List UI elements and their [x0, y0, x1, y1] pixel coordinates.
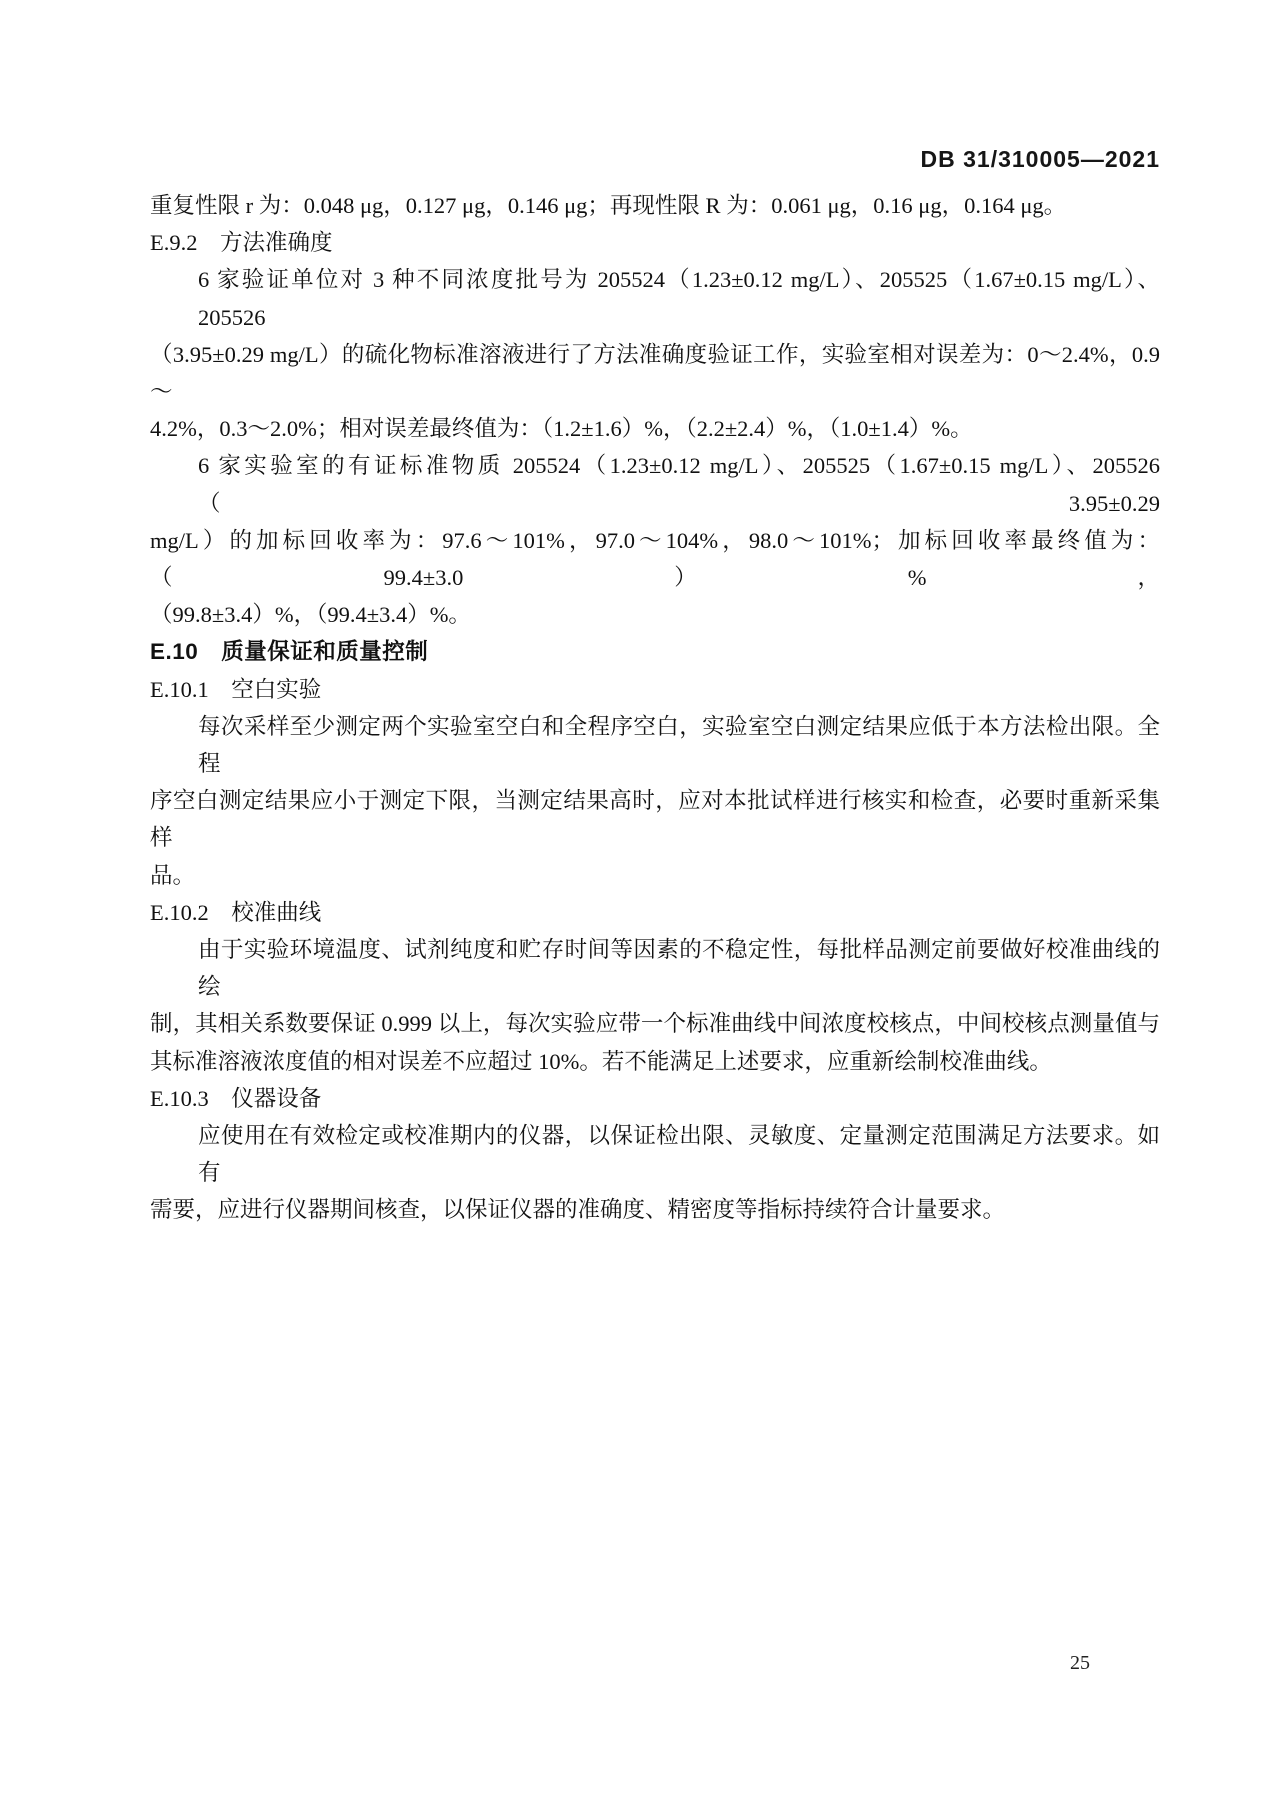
- body-line: 4.2%，0.3～2.0%；相对误差最终值为：（1.2±1.6）%，（2.2±2…: [150, 410, 1160, 447]
- body-line: 由于实验环境温度、试剂纯度和贮存时间等因素的不稳定性，每批样品测定前要做好校准曲…: [150, 931, 1160, 1005]
- standard-number-header: DB 31/310005—2021: [150, 146, 1160, 173]
- body-line: （3.95±0.29 mg/L）的硫化物标准溶液进行了方法准确度验证工作，实验室…: [150, 336, 1160, 410]
- body-line: 应使用在有效检定或校准期内的仪器，以保证检出限、灵敏度、定量测定范围满足方法要求…: [150, 1117, 1160, 1191]
- section-heading-e101: E.10.1 空白实验: [150, 671, 1160, 708]
- body-line: 每次采样至少测定两个实验室空白和全程序空白，实验室空白测定结果应低于本方法检出限…: [150, 708, 1160, 782]
- document-body: 重复性限 r 为：0.048 μg，0.127 μg，0.146 μg；再现性限…: [150, 187, 1160, 1229]
- body-line: 重复性限 r 为：0.048 μg，0.127 μg，0.146 μg；再现性限…: [150, 187, 1160, 224]
- body-line: 需要，应进行仪器期间核查，以保证仪器的准确度、精密度等指标持续符合计量要求。: [150, 1191, 1160, 1228]
- section-heading-e103: E.10.3 仪器设备: [150, 1080, 1160, 1117]
- section-heading-e102: E.10.2 校准曲线: [150, 894, 1160, 931]
- document-page: DB 31/310005—2021 重复性限 r 为：0.048 μg，0.12…: [0, 0, 1280, 1810]
- body-line: （99.8±3.4）%，（99.4±3.4）%。: [150, 596, 1160, 633]
- body-line: 6 家验证单位对 3 种不同浓度批号为 205524（1.23±0.12 mg/…: [150, 261, 1160, 335]
- body-line: 序空白测定结果应小于测定下限，当测定结果高时，应对本批试样进行核实和检查，必要时…: [150, 782, 1160, 856]
- body-line: 品。: [150, 857, 1160, 894]
- body-line: 6 家实验室的有证标准物质 205524（1.23±0.12 mg/L）、205…: [150, 447, 1160, 521]
- page-number: 25: [150, 1652, 1160, 1675]
- section-heading-e92: E.9.2 方法准确度: [150, 224, 1160, 261]
- body-line: 其标准溶液浓度值的相对误差不应超过 10%。若不能满足上述要求，应重新绘制校准曲…: [150, 1043, 1160, 1080]
- body-line: 制，其相关系数要保证 0.999 以上，每次实验应带一个标准曲线中间浓度校核点，…: [150, 1005, 1160, 1042]
- section-heading-e10: E.10 质量保证和质量控制: [150, 633, 1160, 670]
- body-line: mg/L）的加标回收率为：97.6～101%，97.0～104%，98.0～10…: [150, 522, 1160, 596]
